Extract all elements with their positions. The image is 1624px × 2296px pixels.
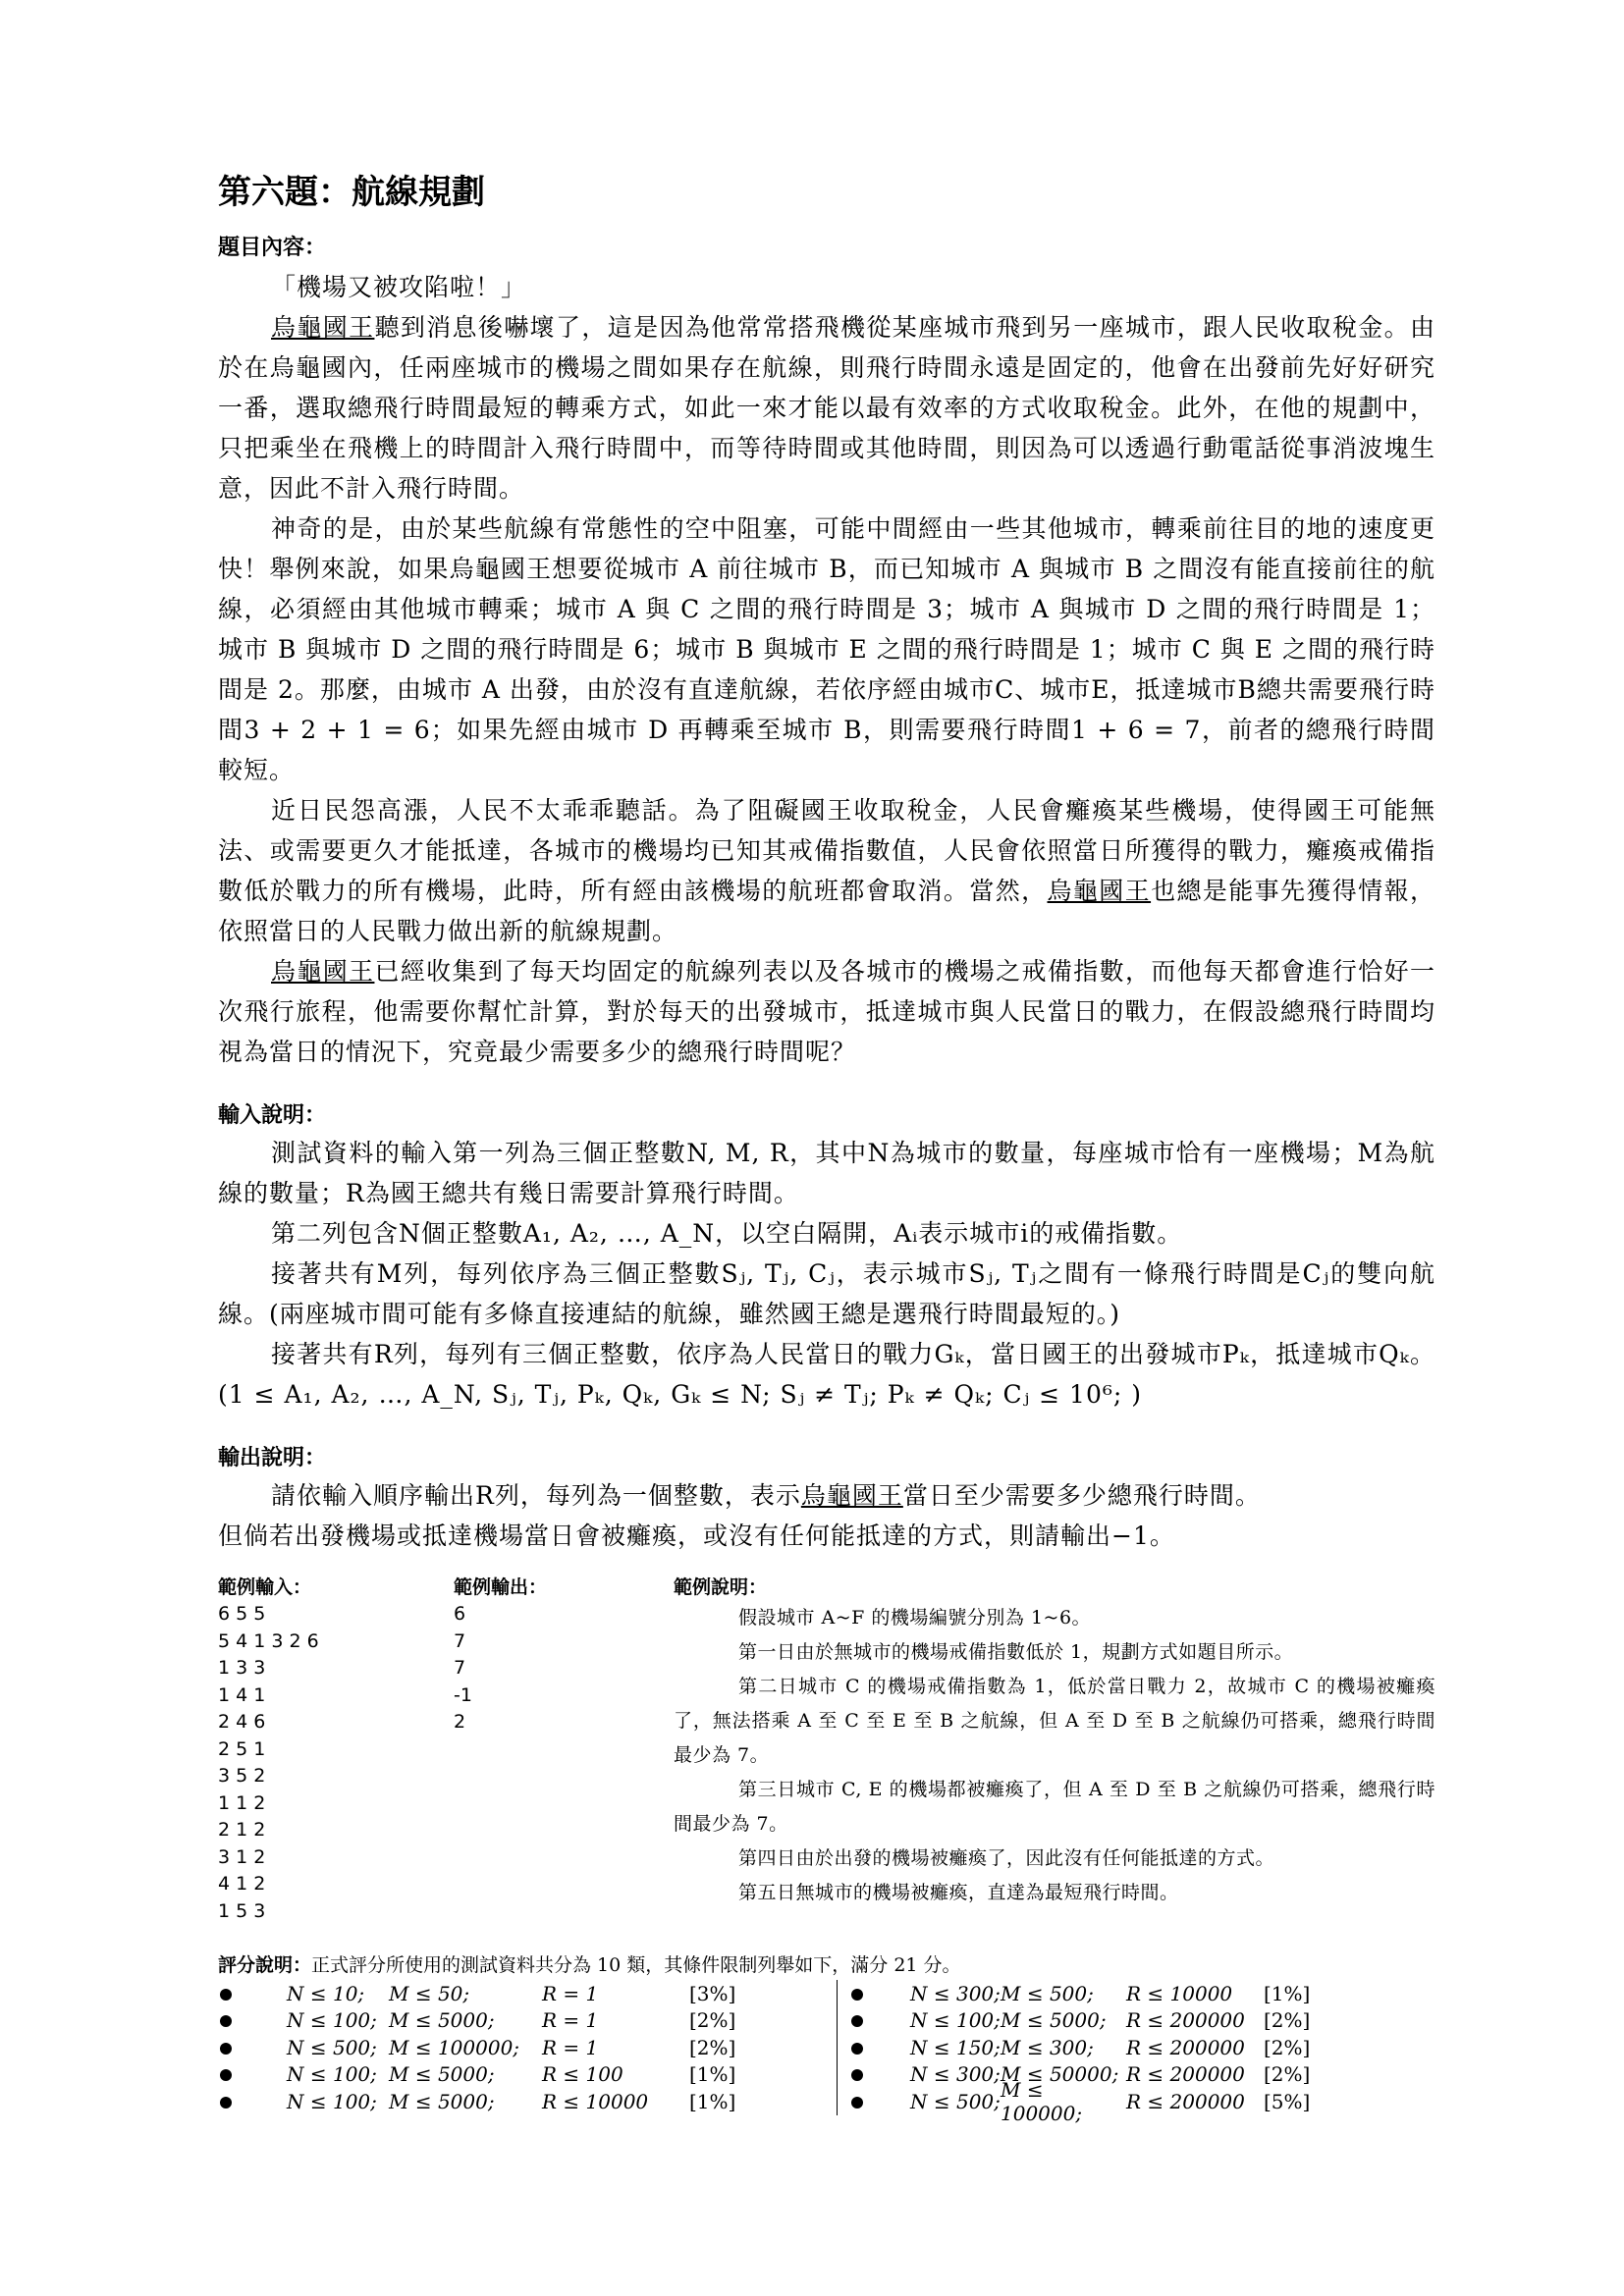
explanation-paragraph: 假設城市 A~F 的機場編號分別為 1~6。	[674, 1601, 1435, 1635]
sample-input-line: 1 5 3	[218, 1898, 454, 1926]
limit-n: N ≤ 300;	[910, 2062, 1001, 2086]
page-title: 第六題：航線規劃	[218, 173, 1435, 232]
limit-m: M ≤ 100000;	[1001, 2078, 1126, 2125]
scoring-row: N ≤ 500;M ≤ 100000;R ≤ 200000[5%]	[851, 2088, 1401, 2115]
sample-input-line: 1 3 3	[218, 1655, 454, 1682]
paragraph-text: 請依輸入順序輸出R列，每列為一個整數，表示	[271, 1481, 801, 1510]
king-name: 烏龜國王	[271, 957, 374, 986]
scoring-row: N ≤ 100;M ≤ 5000;R ≤ 100[1%]	[218, 2061, 837, 2089]
quote-line: 「機場又被攻陷啦！」	[218, 267, 1435, 307]
scoring-row: N ≤ 300;M ≤ 500;R ≤ 10000[1%]	[851, 1980, 1401, 2007]
scoring-row: N ≤ 100;M ≤ 5000;R ≤ 200000[2%]	[851, 2007, 1401, 2035]
explanation-paragraph: 第一日由於無城市的機場戒備指數低於 1，規劃方式如題目所示。	[674, 1635, 1435, 1670]
sample-output: 範例輸出： 6 7 7 -1 2	[454, 1574, 674, 1925]
limit-n: N ≤ 100;	[910, 2008, 1001, 2032]
scoring-row: N ≤ 150;M ≤ 300;R ≤ 200000[2%]	[851, 2034, 1401, 2061]
bullet-icon	[220, 2015, 232, 2027]
sample-input: 範例輸入： 6 5 5 5 4 1 3 2 6 1 3 3 1 4 1 2 4 …	[218, 1574, 454, 1925]
limit-r: R ≤ 200000	[1126, 2036, 1264, 2059]
scoring-heading: 評分說明：	[218, 1954, 311, 1976]
bullet-icon	[220, 1989, 232, 2001]
limit-m: M ≤ 500;	[1001, 1982, 1126, 2005]
score-percent: [1%]	[1264, 1982, 1332, 2005]
limit-n: N ≤ 100;	[287, 2062, 389, 2086]
scoring-row: N ≤ 100;M ≤ 5000;R ≤ 10000[1%]	[218, 2088, 837, 2115]
limit-r: R = 1	[542, 2008, 689, 2032]
sample-input-line: 1 4 1	[218, 1682, 454, 1710]
sample-input-line: 6 5 5	[218, 1601, 454, 1629]
scoring-table: N ≤ 10;M ≤ 50;R = 1[3%] N ≤ 100;M ≤ 5000…	[218, 1980, 1435, 2115]
limit-n: N ≤ 300;	[910, 1982, 1001, 2005]
limit-r: R = 1	[542, 1982, 689, 2005]
sample-output-line: 6	[454, 1601, 674, 1629]
limit-m: M ≤ 5000;	[389, 2090, 542, 2113]
limit-n: N ≤ 10;	[287, 1982, 389, 2005]
limit-m: M ≤ 5000;	[389, 2008, 542, 2032]
explanation-paragraph: 第二日城市 C 的機場戒備指數為 1，低於當日戰力 2，故城市 C 的機場被癱瘓…	[674, 1670, 1435, 1773]
score-percent: [2%]	[1264, 2036, 1332, 2059]
examples-section: 範例輸入： 6 5 5 5 4 1 3 2 6 1 3 3 1 4 1 2 4 …	[218, 1574, 1435, 1925]
sample-input-line: 3 5 2	[218, 1763, 454, 1790]
limit-m: M ≤ 100000;	[389, 2036, 542, 2059]
limit-r: R ≤ 200000	[1126, 2008, 1264, 2032]
king-name: 烏龜國王	[271, 313, 374, 342]
scoring-column-left: N ≤ 10;M ≤ 50;R = 1[3%] N ≤ 100;M ≤ 5000…	[218, 1980, 837, 2115]
input-description: 測試資料的輸入第一列為三個正整數N, M, R，其中N為城市的數量，每座城市恰有…	[218, 1133, 1435, 1415]
limit-n: N ≤ 100;	[287, 2090, 389, 2113]
paragraph-text: 當日至少需要多少總飛行時間。	[903, 1481, 1261, 1510]
bullet-icon	[851, 2043, 863, 2055]
content-paragraph-1: 烏龜國王聽到消息後嚇壞了，這是因為他常常搭飛機從某座城市飛到另一座城市，跟人民收…	[218, 307, 1435, 508]
scoring-column-right: N ≤ 300;M ≤ 500;R ≤ 10000[1%] N ≤ 100;M …	[837, 1980, 1401, 2115]
sample-input-line: 4 1 2	[218, 1871, 454, 1898]
score-percent: [1%]	[689, 2062, 758, 2086]
bullet-icon	[851, 1989, 863, 2001]
content-paragraph-4: 烏龜國王已經收集到了每天均固定的航線列表以及各城市的機場之戒備指數，而他每天都會…	[218, 951, 1435, 1072]
input-paragraph-4: 接著共有R列，每列有三個正整數，依序為人民當日的戰力Gₖ，當日國王的出發城市Pₖ…	[218, 1334, 1435, 1415]
sample-explanation-heading: 範例說明：	[674, 1574, 1435, 1601]
limit-r: R ≤ 10000	[1126, 1982, 1264, 2005]
sample-output-line: 2	[454, 1709, 674, 1736]
bullet-icon	[851, 2097, 863, 2109]
scoring-row: N ≤ 10;M ≤ 50;R = 1[3%]	[218, 1980, 837, 2007]
output-paragraph-2: 但倘若出發機場或抵達機場當日會被癱瘓，或沒有任何能抵達的方式，則請輸出−1。	[218, 1516, 1435, 1556]
limit-r: R = 1	[542, 2036, 689, 2059]
content-paragraph-2: 神奇的是，由於某些航線有常態性的空中阻塞，可能中間經由一些其他城市，轉乘前往目的…	[218, 508, 1435, 790]
sample-output-line: 7	[454, 1655, 674, 1682]
score-percent: [2%]	[689, 2008, 758, 2032]
problem-document: 第六題：航線規劃 題目內容： 「機場又被攻陷啦！」 烏龜國王聽到消息後嚇壞了，這…	[218, 173, 1435, 2115]
output-heading: 輸出說明：	[218, 1442, 1435, 1475]
content-paragraph-3: 近日民怨高漲，人民不太乖乖聽話。為了阻礙國王收取稅金，人民會癱瘓某些機場，使得國…	[218, 790, 1435, 951]
scoring-row: N ≤ 500;M ≤ 100000;R = 1[2%]	[218, 2034, 837, 2061]
paragraph-text: 聽到消息後嚇壞了，這是因為他常常搭飛機從某座城市飛到另一座城市，跟人民收取稅金。…	[218, 313, 1435, 503]
scoring-text: 正式評分所使用的測試資料共分為 10 類，其條件限制列舉如下，滿分 21 分。	[311, 1954, 961, 1976]
explanation-paragraph: 第三日城市 C, E 的機場都被癱瘓了，但 A 至 D 至 B 之航線仍可搭乘，…	[674, 1773, 1435, 1842]
explanation-paragraph: 第四日由於出發的機場被癱瘓了，因此沒有任何能抵達的方式。	[674, 1842, 1435, 1876]
sample-output-heading: 範例輸出：	[454, 1574, 674, 1601]
bullet-icon	[220, 2069, 232, 2081]
limit-r: R ≤ 200000	[1126, 2062, 1264, 2086]
sample-input-line: 3 1 2	[218, 1844, 454, 1872]
bullet-icon	[851, 2015, 863, 2027]
scoring-row: N ≤ 100;M ≤ 5000;R = 1[2%]	[218, 2007, 837, 2035]
limit-r: R ≤ 200000	[1126, 2090, 1264, 2113]
scoring-section: 評分說明：正式評分所使用的測試資料共分為 10 類，其條件限制列舉如下，滿分 2…	[218, 1950, 1435, 2115]
sample-output-line: -1	[454, 1682, 674, 1710]
score-percent: [5%]	[1264, 2090, 1332, 2113]
limit-m: M ≤ 5000;	[1001, 2008, 1126, 2032]
paragraph-text: 已經收集到了每天均固定的航線列表以及各城市的機場之戒備指數，而他每天都會進行恰好…	[218, 957, 1435, 1066]
sample-input-line: 5 4 1 3 2 6	[218, 1629, 454, 1656]
sample-output-line: 7	[454, 1629, 674, 1656]
king-name: 烏龜國王	[1048, 877, 1152, 905]
score-percent: [1%]	[689, 2090, 758, 2113]
score-percent: [2%]	[689, 2036, 758, 2059]
limit-r: R ≤ 10000	[542, 2090, 689, 2113]
sample-input-line: 2 1 2	[218, 1817, 454, 1844]
limit-n: N ≤ 500;	[910, 2090, 1001, 2113]
input-heading: 輸入說明：	[218, 1099, 1435, 1133]
content-heading: 題目內容：	[218, 232, 1435, 265]
limit-m: M ≤ 5000;	[389, 2062, 542, 2086]
limit-n: N ≤ 500;	[287, 2036, 389, 2059]
limit-m: M ≤ 300;	[1001, 2036, 1126, 2059]
problem-content: 「機場又被攻陷啦！」 烏龜國王聽到消息後嚇壞了，這是因為他常常搭飛機從某座城市飛…	[218, 267, 1435, 1072]
sample-input-line: 1 1 2	[218, 1790, 454, 1818]
limit-r: R ≤ 100	[542, 2062, 689, 2086]
limit-m: M ≤ 50;	[389, 1982, 542, 2005]
scoring-heading-line: 評分說明：正式評分所使用的測試資料共分為 10 類，其條件限制列舉如下，滿分 2…	[218, 1950, 1435, 1980]
score-percent: [3%]	[689, 1982, 758, 2005]
output-description: 請依輸入順序輸出R列，每列為一個整數，表示烏龜國王當日至少需要多少總飛行時間。 …	[218, 1475, 1435, 1556]
input-paragraph-1: 測試資料的輸入第一列為三個正整數N, M, R，其中N為城市的數量，每座城市恰有…	[218, 1133, 1435, 1213]
explanation-paragraph: 第五日無城市的機場被癱瘓，直達為最短飛行時間。	[674, 1876, 1435, 1910]
bullet-icon	[220, 2043, 232, 2055]
sample-explanation: 範例說明： 假設城市 A~F 的機場編號分別為 1~6。 第一日由於無城市的機場…	[674, 1574, 1435, 1925]
score-percent: [2%]	[1264, 2062, 1332, 2086]
king-name: 烏龜國王	[801, 1481, 903, 1510]
limit-n: N ≤ 100;	[287, 2008, 389, 2032]
input-paragraph-2: 第二列包含N個正整數A₁, A₂, …, A_N，以空白隔開，Aᵢ表示城市i的戒…	[218, 1213, 1435, 1254]
bullet-icon	[220, 2097, 232, 2109]
sample-input-line: 2 5 1	[218, 1736, 454, 1764]
scoring-row: N ≤ 300;M ≤ 50000;R ≤ 200000[2%]	[851, 2061, 1401, 2089]
limit-n: N ≤ 150;	[910, 2036, 1001, 2059]
input-paragraph-3: 接著共有M列，每列依序為三個正整數Sⱼ, Tⱼ, Cⱼ，表示城市Sⱼ, Tⱼ之間…	[218, 1254, 1435, 1334]
sample-input-line: 2 4 6	[218, 1709, 454, 1736]
bullet-icon	[851, 2069, 863, 2081]
output-paragraph-1: 請依輸入順序輸出R列，每列為一個整數，表示烏龜國王當日至少需要多少總飛行時間。	[218, 1475, 1435, 1516]
score-percent: [2%]	[1264, 2008, 1332, 2032]
sample-input-heading: 範例輸入：	[218, 1574, 454, 1601]
